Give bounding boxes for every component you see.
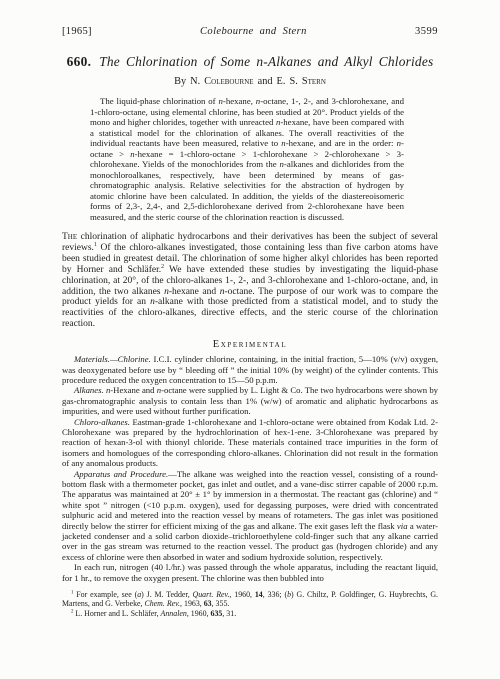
experimental-paragraph-run: In each run, nitrogen (40 l./hr.) was pa… (62, 562, 438, 583)
section-heading-experimental: Experimental (62, 339, 438, 350)
running-head: [1965] Colebourne and Stern 3599 (62, 26, 438, 37)
year-label: [1965] (62, 26, 92, 37)
running-title: Colebourne and Stern (200, 26, 307, 37)
journal-page: [1965] Colebourne and Stern 3599 660.The… (0, 0, 500, 679)
intro-paragraph: The chlorination of aliphatic hydrocarbo… (62, 232, 438, 330)
article-title: The Chlorination of Some n-Alkanes and A… (99, 54, 433, 69)
experimental-paragraph-apparatus: Apparatus and Procedure.—The alkane was … (62, 469, 438, 563)
article-number: 660. (67, 54, 92, 69)
byline: By N. Colebourne and E. S. Stern (62, 76, 438, 87)
footnotes: 1 For example, see (a) J. M. Tedder, Qua… (62, 590, 438, 618)
experimental-paragraph-materials: Materials.—Chlorine. I.C.I. cylinder chl… (62, 354, 438, 385)
page-number: 3599 (415, 26, 438, 37)
footnote-1: 1 For example, see (a) J. M. Tedder, Qua… (62, 590, 438, 609)
abstract-paragraph: The liquid-phase chlorination of n-hexan… (90, 96, 404, 222)
experimental-paragraph-chloroalkanes: Chloro-alkanes. Eastman-grade 1-chlorohe… (62, 417, 438, 469)
footnote-2: 2 L. Horner and L. Schläfer, Annalen, 19… (62, 609, 438, 618)
experimental-paragraph-alkanes: Alkanes. n-Hexane and n-octane were supp… (62, 385, 438, 416)
article-title-line: 660.The Chlorination of Some n-Alkanes a… (62, 54, 438, 70)
title-block: 660.The Chlorination of Some n-Alkanes a… (62, 54, 438, 87)
